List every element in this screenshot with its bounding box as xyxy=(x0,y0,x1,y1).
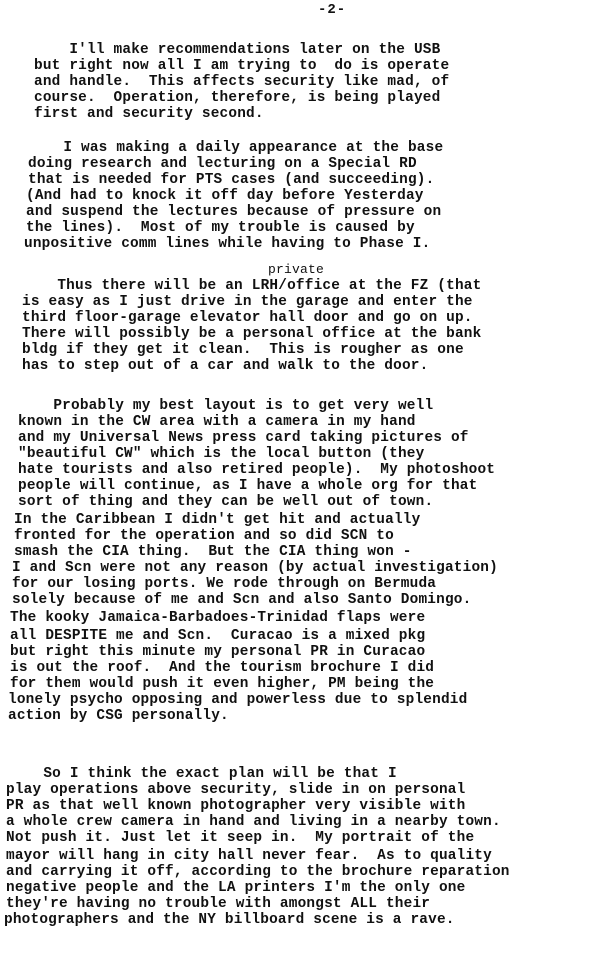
text-line: photographers and the NY billboard scene… xyxy=(4,912,455,928)
text-line: course. Operation, therefore, is being p… xyxy=(34,90,440,106)
text-line: has to step out of a car and walk to the… xyxy=(22,358,428,374)
text-line: lonely psycho opposing and powerless due… xyxy=(8,692,467,708)
text-line: and my Universal News press card taking … xyxy=(18,430,469,446)
text-line: mayor will hang in city hall never fear.… xyxy=(6,848,492,864)
text-line: fronted for the operation and so did SCN… xyxy=(14,528,394,544)
text-line: (And had to knock it off day before Yest… xyxy=(26,188,424,204)
text-line: they're having no trouble with amongst A… xyxy=(6,896,430,912)
text-line: is easy as I just drive in the garage an… xyxy=(22,294,473,310)
text-line: a whole crew camera in hand and living i… xyxy=(6,814,501,830)
text-line: There will possibly be a personal office… xyxy=(22,326,481,342)
text-line: Not push it. Just let it seep in. My por… xyxy=(6,830,474,846)
text-line: I was making a daily appearance at the b… xyxy=(28,140,443,156)
text-line: hate tourists and also retired people). … xyxy=(18,462,495,478)
text-line: the lines). Most of my trouble is caused… xyxy=(26,220,415,236)
text-line: for our losing ports. We rode through on… xyxy=(12,576,436,592)
document-page: -2- I'll make recommendations later on t… xyxy=(0,0,600,958)
text-line: and handle. This affects security like m… xyxy=(34,74,449,90)
text-line: and suspend the lectures because of pres… xyxy=(26,204,441,220)
text-line: known in the CW area with a camera in my… xyxy=(18,414,416,430)
text-line: Probably my best layout is to get very w… xyxy=(18,398,433,414)
text-line: first and security second. xyxy=(34,106,264,122)
text-line: for them would push it even higher, PM b… xyxy=(10,676,434,692)
text-line: In the Caribbean I didn't get hit and ac… xyxy=(14,512,420,528)
text-line: but right this minute my personal PR in … xyxy=(10,644,425,660)
text-line: Thus there will be an LRH/office at the … xyxy=(22,278,481,294)
handwritten-insert: private xyxy=(268,262,324,278)
text-line: negative people and the LA printers I'm … xyxy=(6,880,465,896)
text-line: solely because of me and Scn and also Sa… xyxy=(12,592,471,608)
text-line: "beautiful CW" which is the local button… xyxy=(18,446,424,462)
text-line: PR as that well known photographer very … xyxy=(6,798,465,814)
text-line: I and Scn were not any reason (by actual… xyxy=(12,560,498,576)
text-line: but right now all I am trying to do is o… xyxy=(34,58,449,74)
text-line: play operations above security, slide in… xyxy=(6,782,465,798)
text-line: smash the CIA thing. But the CIA thing w… xyxy=(14,544,412,560)
text-line: doing research and lecturing on a Specia… xyxy=(28,156,417,172)
text-line: I'll make recommendations later on the U… xyxy=(34,42,440,58)
text-line: unpositive comm lines while having to Ph… xyxy=(24,236,430,252)
text-line: So I think the exact plan will be that I xyxy=(8,766,397,782)
text-line: that is needed for PTS cases (and succee… xyxy=(28,172,434,188)
text-line: third floor-garage elevator hall door an… xyxy=(22,310,473,326)
text-line: action by CSG personally. xyxy=(8,708,229,724)
text-line: all DESPITE me and Scn. Curacao is a mix… xyxy=(10,628,425,644)
text-line: and carrying it off, according to the br… xyxy=(6,864,510,880)
text-line: is out the roof. And the tourism brochur… xyxy=(10,660,434,676)
page-number: -2- xyxy=(318,2,346,18)
text-line: people will continue, as I have a whole … xyxy=(18,478,477,494)
text-line: The kooky Jamaica-Barbadoes-Trinidad fla… xyxy=(10,610,425,626)
text-line: bldg if they get it clean. This is rough… xyxy=(22,342,464,358)
text-line: sort of thing and they can be well out o… xyxy=(18,494,433,510)
